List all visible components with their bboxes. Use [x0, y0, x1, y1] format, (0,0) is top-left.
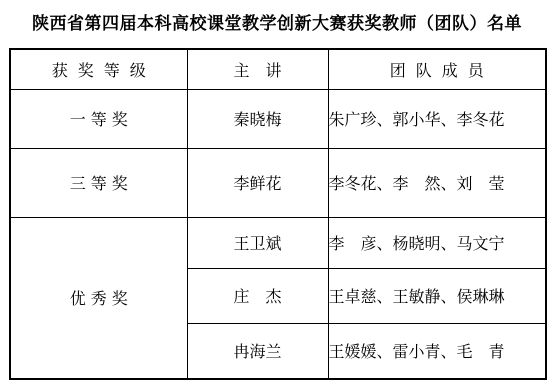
table-row: 三等奖 李鲜花 李冬花、李 然、刘 莹	[10, 148, 546, 217]
award-cell-first-prize: 一等奖	[10, 89, 187, 148]
table-header-row: 获奖等级 主 讲 团队成员	[10, 49, 546, 89]
team-cell: 李冬花、李 然、刘 莹	[328, 148, 546, 217]
page-title: 陕西省第四届本科高校课堂教学创新大赛获奖教师（团队）名单	[0, 9, 554, 34]
team-cell: 王媛媛、雷小青、毛 青	[328, 323, 546, 379]
speaker-cell: 冉海兰	[187, 323, 328, 379]
speaker-cell: 李鲜花	[187, 148, 328, 217]
header-main-speaker: 主 讲	[187, 49, 328, 89]
header-award-level: 获奖等级	[10, 49, 187, 89]
header-team-members: 团队成员	[328, 49, 546, 89]
awards-table: 获奖等级 主 讲 团队成员 一等奖 秦晓梅 朱广珍、郭小华、李冬花 三等奖 李鲜…	[9, 48, 547, 380]
speaker-cell: 庄 杰	[187, 268, 328, 323]
table-row: 优秀奖 王卫斌 李 彦、杨晓明、马文宁	[10, 217, 546, 268]
team-cell: 王卓慈、王敏静、侯琳琳	[328, 268, 546, 323]
award-cell-third-prize: 三等奖	[10, 148, 187, 217]
award-cell-excellence-prize: 优秀奖	[10, 217, 187, 379]
speaker-cell: 秦晓梅	[187, 89, 328, 148]
speaker-cell: 王卫斌	[187, 217, 328, 268]
table-row: 一等奖 秦晓梅 朱广珍、郭小华、李冬花	[10, 89, 546, 148]
team-cell: 李 彦、杨晓明、马文宁	[328, 217, 546, 268]
team-cell: 朱广珍、郭小华、李冬花	[328, 89, 546, 148]
